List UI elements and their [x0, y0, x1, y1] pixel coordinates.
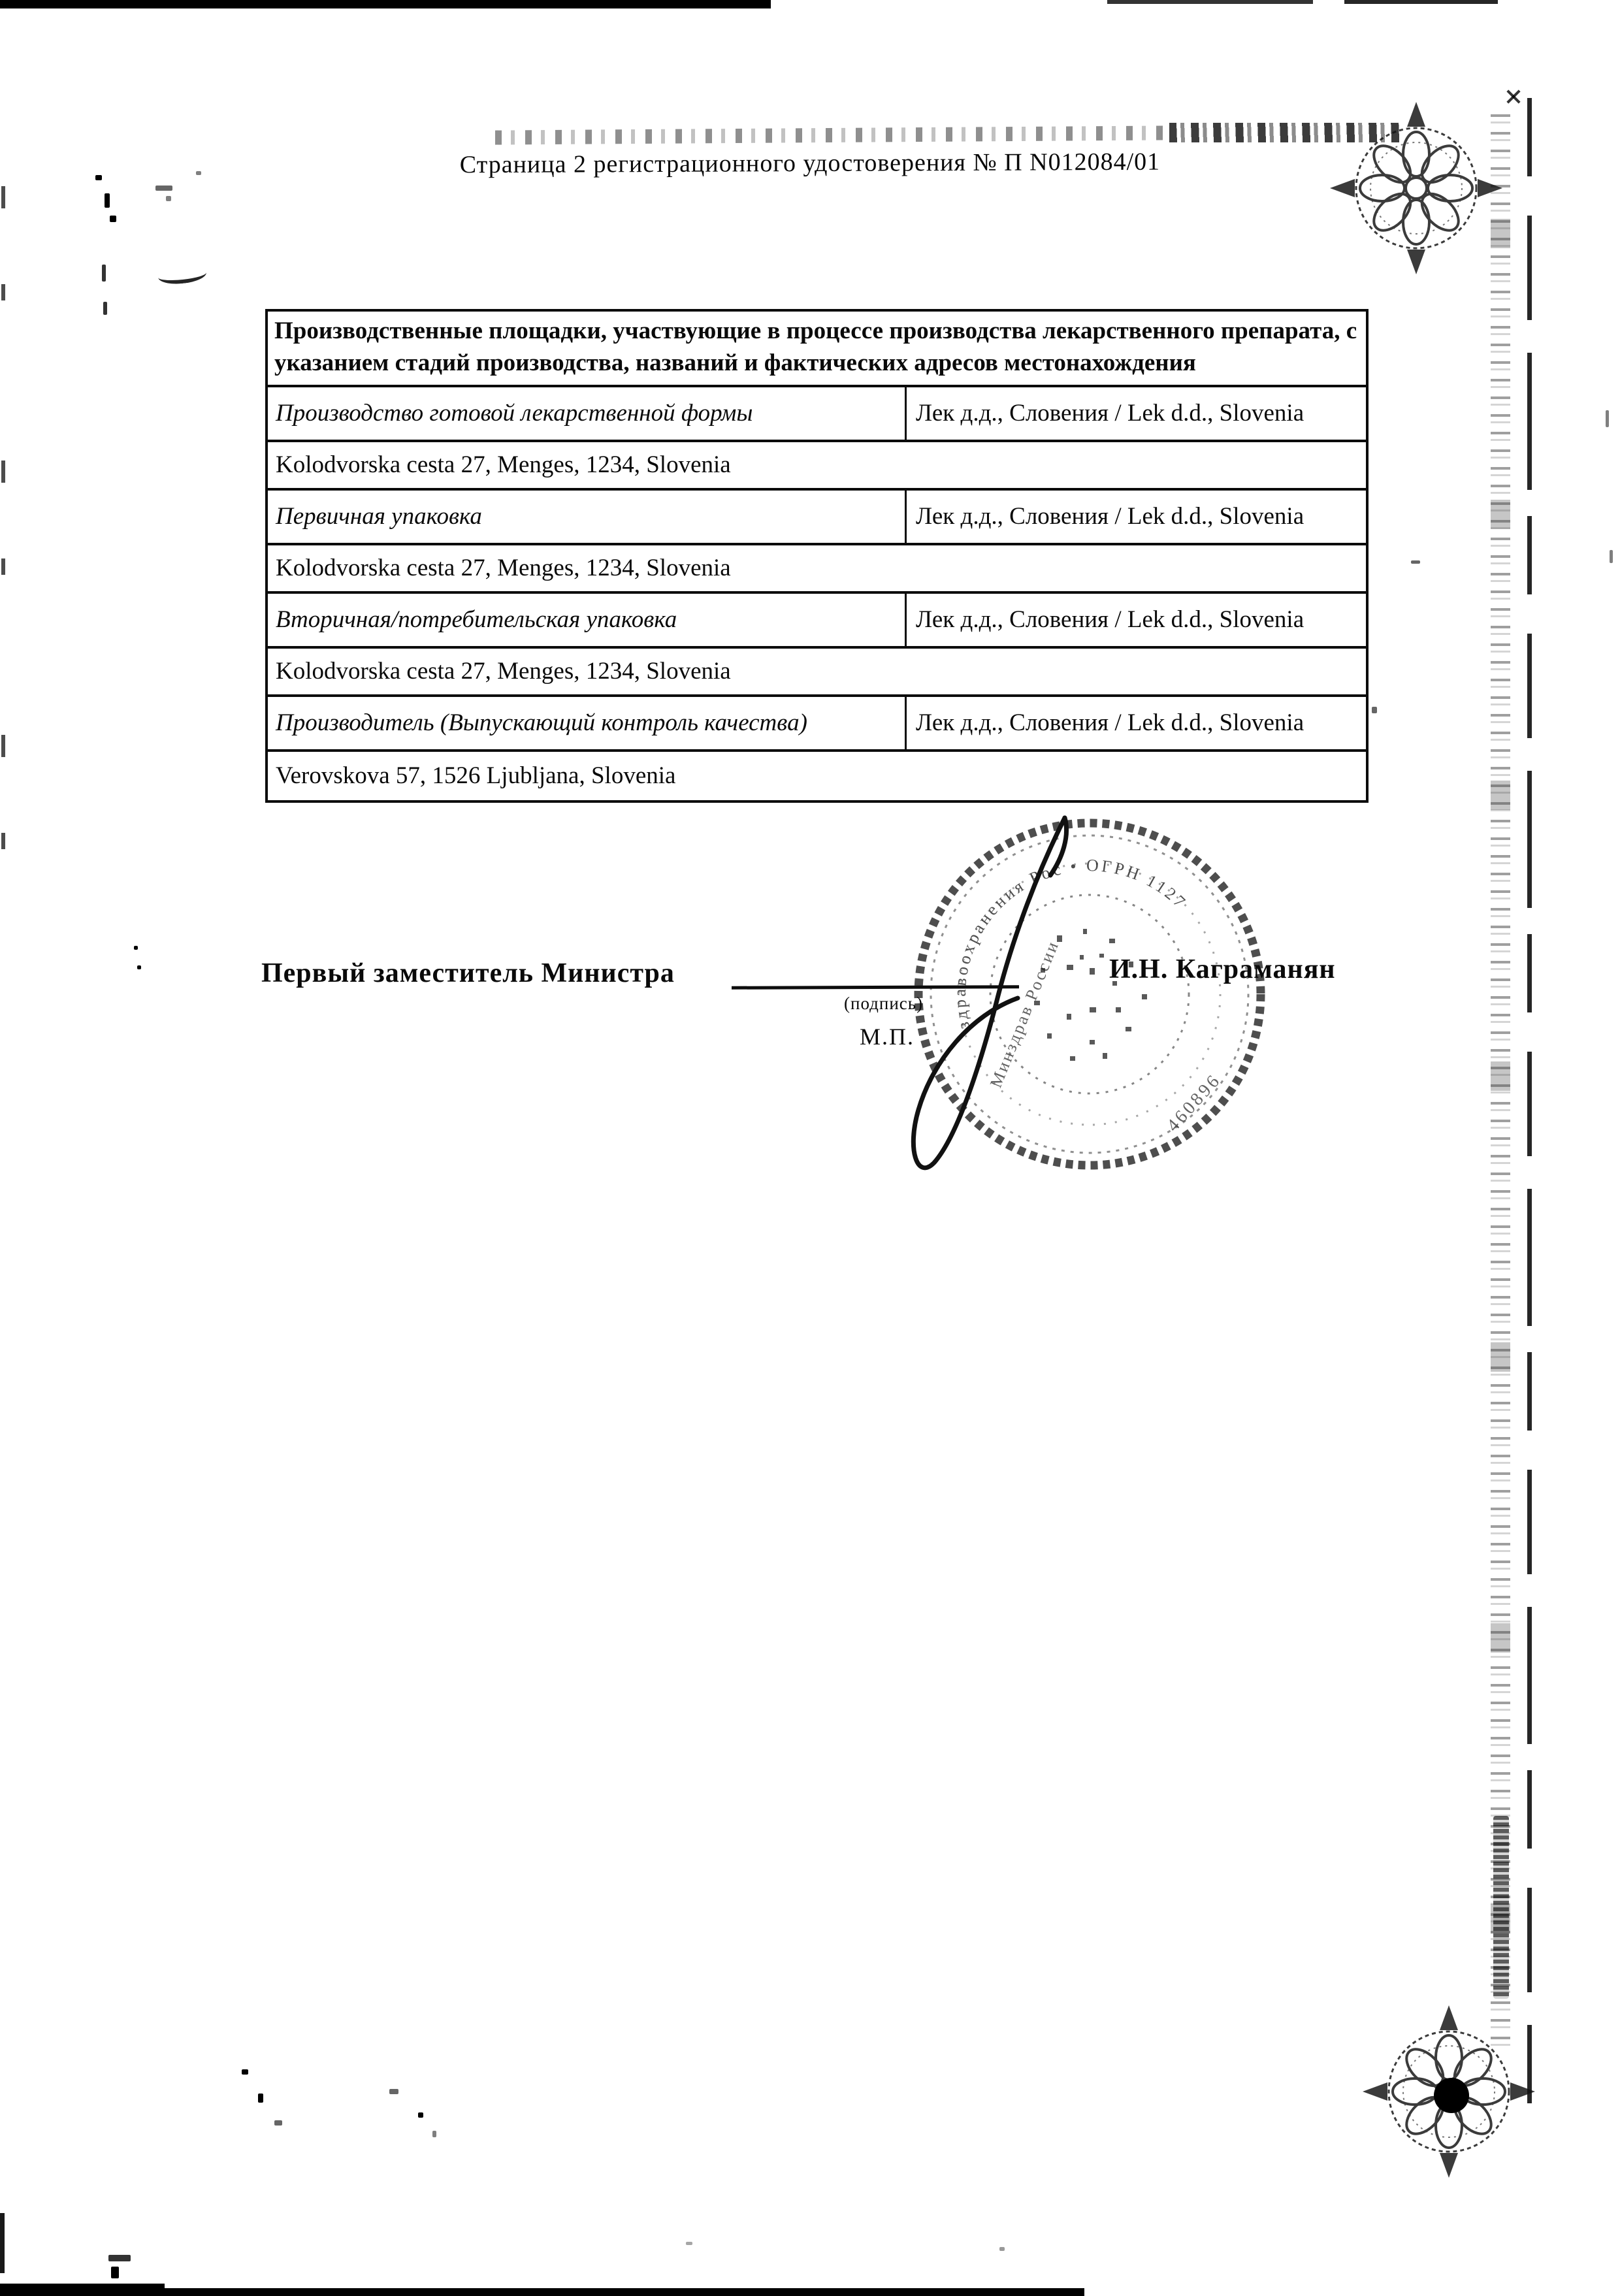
signature-caption: (подпись) [844, 994, 923, 1014]
stamp-here-label: М.П. [860, 1023, 915, 1050]
scanned-certificate-page: { "page": { "header": "Страница 2 регист… [0, 0, 1620, 2296]
guilloche-rosette-top-icon [1330, 102, 1502, 274]
seal-arc-text: здравоохранения Рос • ОГРН 1127 [950, 856, 1191, 1031]
ministry-seal-stamp: здравоохранения Рос • ОГРН 1127 Минздрав… [913, 818, 1261, 1168]
decor-overlay: здравоохранения Рос • ОГРН 1127 Минздрав… [0, 0, 1620, 2296]
rosette-center-dot [1434, 2078, 1469, 2113]
signer-name: И.Н. Каграманян [1109, 954, 1336, 985]
signer-title: Первый заместитель Министра [261, 958, 675, 989]
seal-left-text: Минздрав России [986, 937, 1063, 1090]
